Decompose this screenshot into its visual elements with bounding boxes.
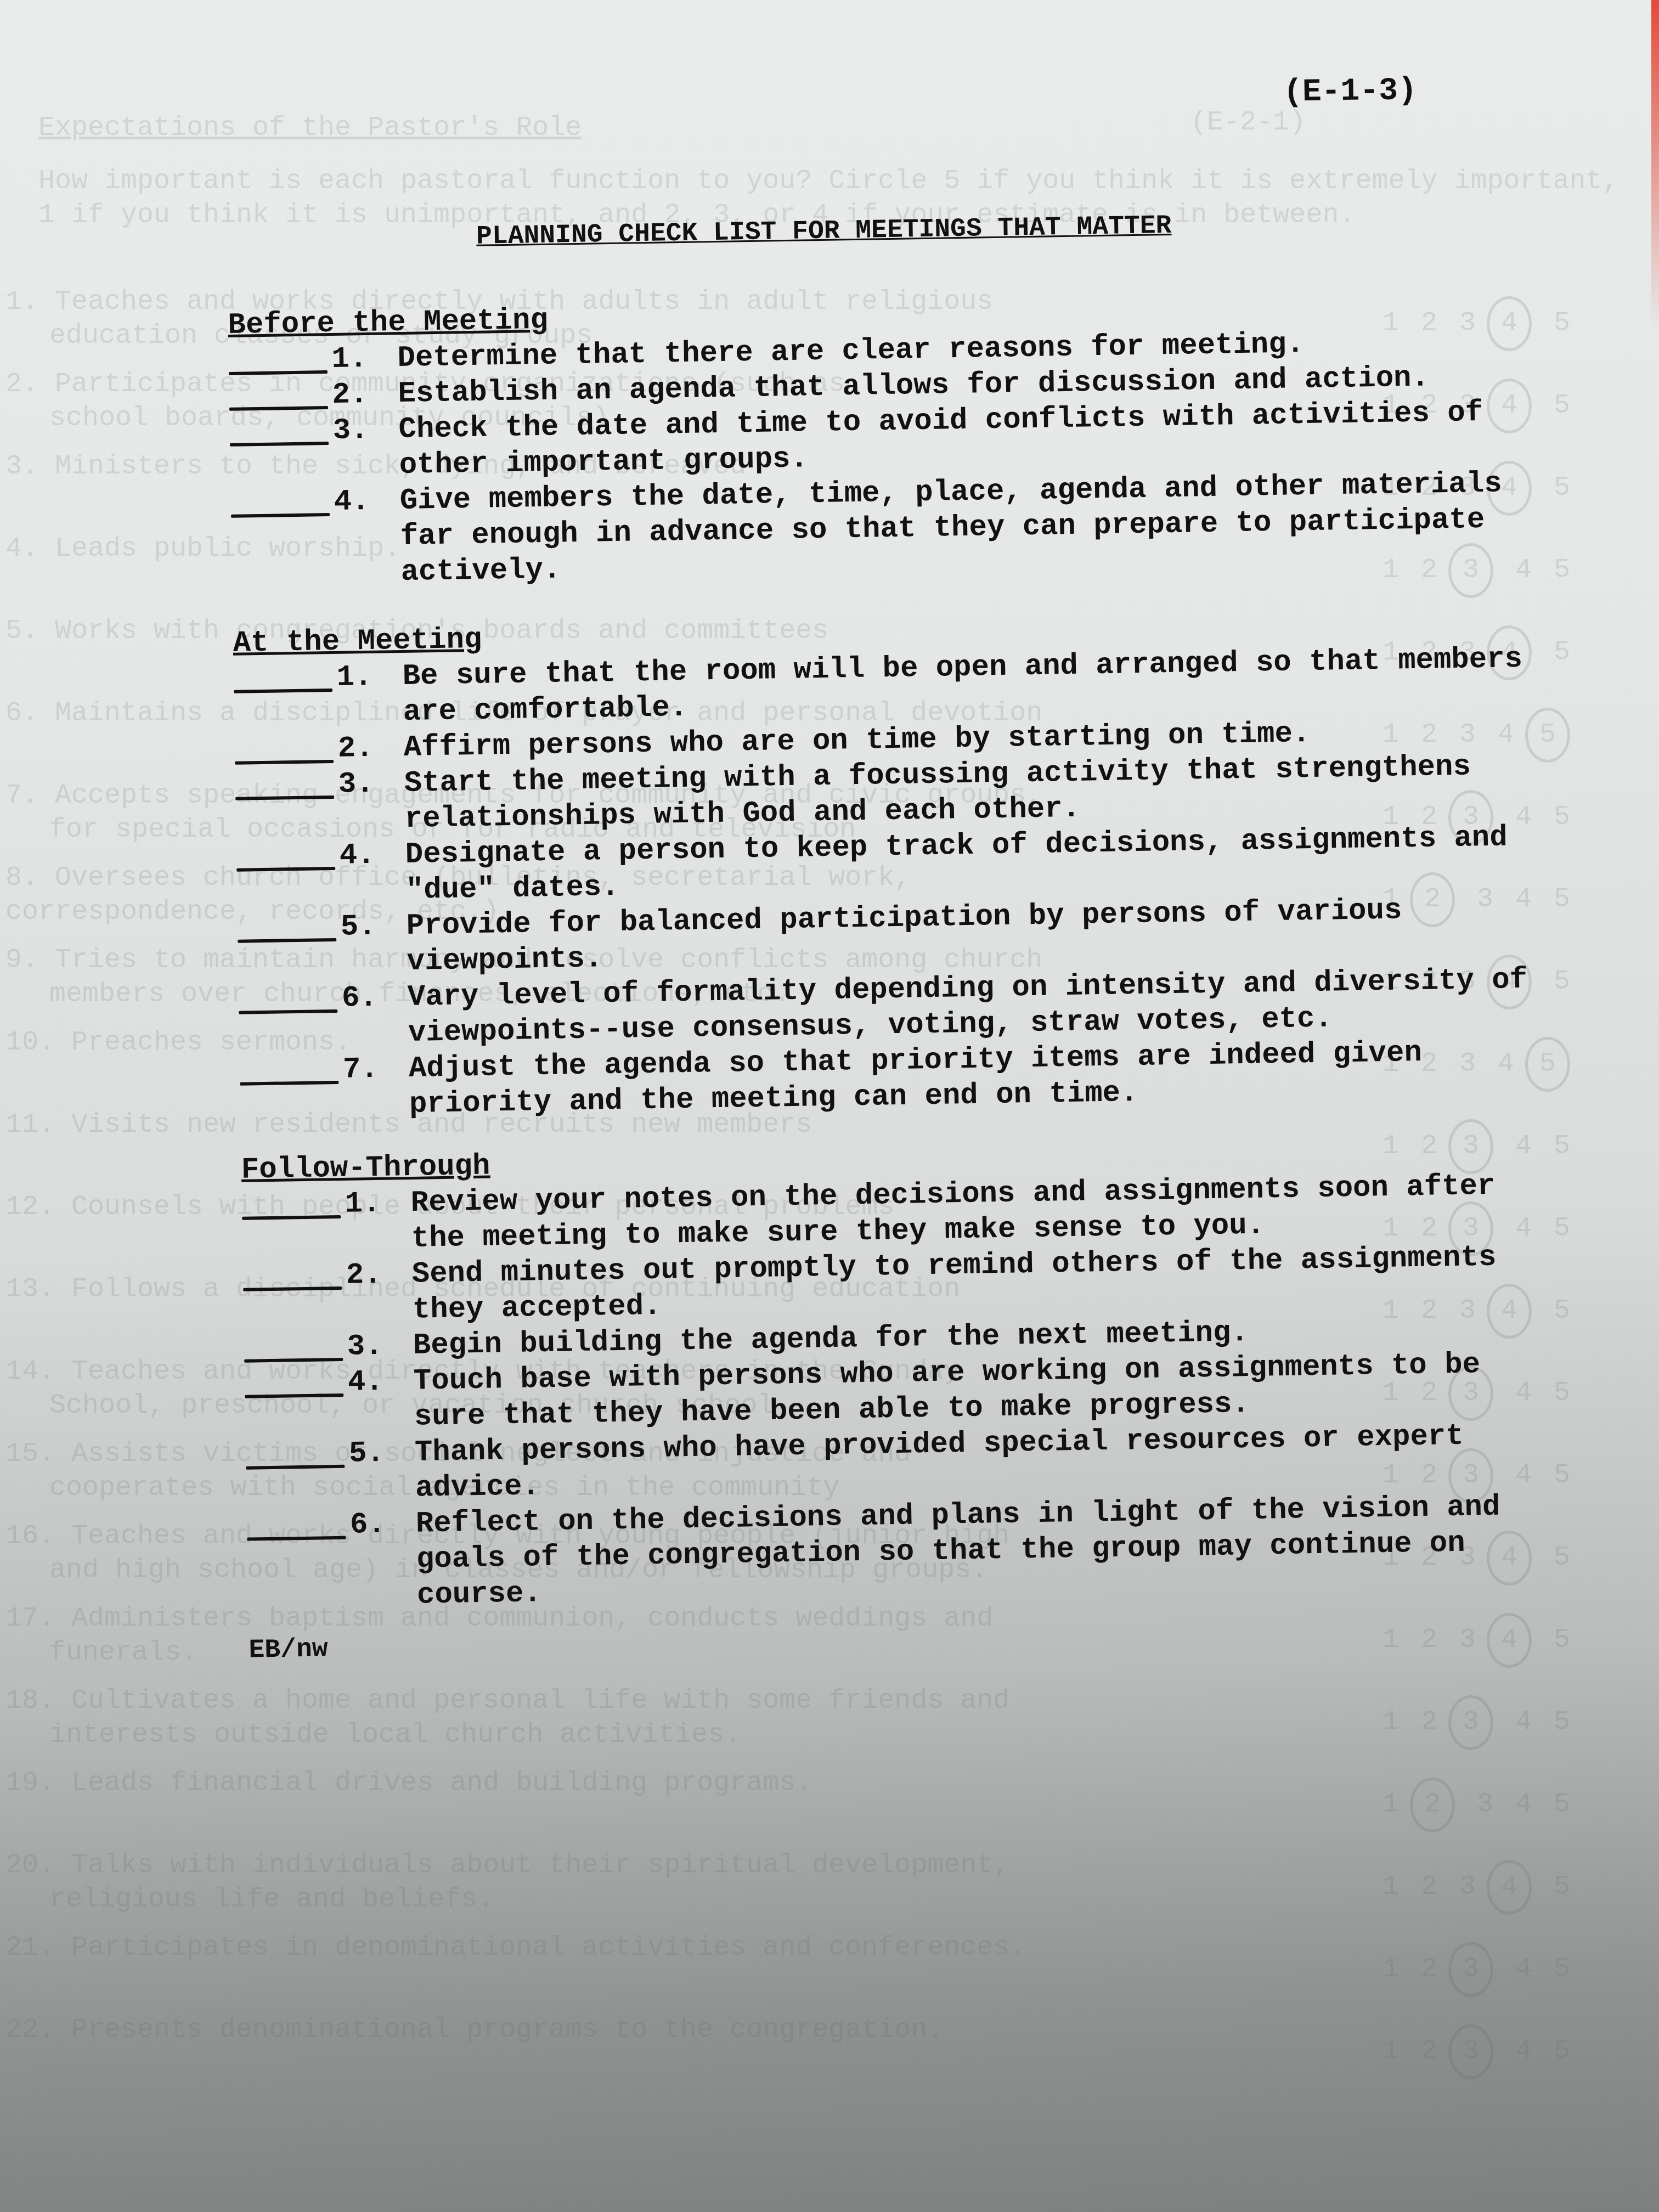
checklist: 1.Be sure that the room will be open and… <box>233 641 1557 1125</box>
item-number: 4. <box>347 1364 414 1401</box>
item-number: 2. <box>337 730 404 767</box>
ghost-item-text: 18. Cultivates a home and personal life … <box>5 1684 1158 1718</box>
ghost-rating-scale: 12345 <box>1383 1695 1592 1750</box>
ghost-item-text: 20. Talks with individuals about their s… <box>5 1849 1158 1883</box>
ghost-item-text: 19. Leads financial drives and building … <box>5 1767 1158 1801</box>
check-blank[interactable] <box>234 689 332 693</box>
check-blank[interactable] <box>229 370 328 375</box>
ghost-code: (E-2-1) <box>1190 107 1306 138</box>
check-blank[interactable] <box>246 1465 345 1470</box>
check-blank[interactable] <box>238 938 336 943</box>
item-number: 6. <box>349 1506 416 1543</box>
item-number: 1. <box>336 659 403 696</box>
checklist: 1.Review your notes on the decisions and… <box>241 1167 1565 1616</box>
check-blank[interactable] <box>230 442 329 447</box>
item-number: 7. <box>342 1051 409 1088</box>
item-number: 3. <box>332 412 399 449</box>
item-number: 1. <box>331 341 398 377</box>
document-page: (E-1-3) PLANNING CHECK LIST FOR MEETINGS… <box>0 0 1646 13</box>
ghost-item: 20. Talks with individuals about their s… <box>5 1849 1158 1917</box>
ghost-item: 22. Presents denominational programs to … <box>5 2013 1158 2047</box>
ghost-rating-scale: 12345 <box>1383 1942 1592 1997</box>
ghost-item-text: 22. Presents denominational programs to … <box>5 2013 1158 2047</box>
check-blank[interactable] <box>229 406 328 411</box>
document-title: PLANNING CHECK LIST FOR MEETINGS THAT MA… <box>476 211 1172 252</box>
check-blank[interactable] <box>244 1358 343 1363</box>
ghost-rating-scale: 12345 <box>1383 1860 1592 1915</box>
item-number: 2. <box>332 376 398 413</box>
item-number: 4. <box>339 837 405 874</box>
ghost-item: 21. Participates in denominational activ… <box>5 1931 1158 1965</box>
ghost-rating-scale: 12345 <box>1383 1613 1592 1668</box>
item-number: 3. <box>347 1328 413 1365</box>
checklist-item: 4.Give members the date, time, place, ag… <box>230 465 1549 593</box>
ghost-item: 18. Cultivates a home and personal life … <box>5 1684 1158 1752</box>
item-text: Give members the date, time, place, agen… <box>399 465 1549 590</box>
document-code: (E-1-3) <box>1283 73 1418 111</box>
ghost-title: Expectations of the Pastor's Role <box>38 112 582 144</box>
ghost-item-subtext: religious life and beliefs. <box>5 1883 1158 1917</box>
section-before-meeting: Before the Meeting 1.Determine that ther… <box>228 287 1549 593</box>
check-blank[interactable] <box>240 1081 338 1086</box>
checklist: 1.Determine that there are clear reasons… <box>228 323 1549 593</box>
ghost-item-subtext: funerals. <box>5 1636 1158 1670</box>
section-follow-through: Follow-Through 1.Review your notes on th… <box>241 1132 1565 1616</box>
item-number: 3. <box>338 766 404 803</box>
check-blank[interactable] <box>245 1393 343 1398</box>
check-blank[interactable] <box>235 760 334 765</box>
checklist-item: 6.Reflect on the decisions and plans in … <box>247 1488 1565 1616</box>
ghost-item-text: 21. Participates in denominational activ… <box>5 1931 1158 1965</box>
item-text: Reflect on the decisions and plans in li… <box>415 1488 1565 1613</box>
item-number: 5. <box>348 1435 415 1472</box>
red-page-edge <box>1651 0 1659 329</box>
ghost-rating-scale: 12345 <box>1383 1778 1592 1832</box>
item-number: 1. <box>345 1186 411 1222</box>
item-number: 6. <box>341 980 408 1017</box>
check-blank[interactable] <box>242 1215 341 1220</box>
check-blank[interactable] <box>243 1286 342 1291</box>
check-blank[interactable] <box>239 1009 337 1014</box>
ghost-item: 17. Administers baptism and communion, c… <box>5 1602 1158 1670</box>
item-number: 2. <box>346 1257 412 1294</box>
item-number: 5. <box>340 909 407 945</box>
ghost-rating-scale: 12345 <box>1383 2024 1592 2079</box>
ghost-item: 19. Leads financial drives and building … <box>5 1767 1158 1801</box>
check-blank[interactable] <box>236 867 335 872</box>
check-blank[interactable] <box>247 1536 346 1541</box>
check-blank[interactable] <box>235 795 334 800</box>
check-blank[interactable] <box>231 513 330 518</box>
section-at-meeting: At the Meeting 1.Be sure that the room w… <box>233 606 1557 1125</box>
typist-initials: EB/nw <box>249 1634 328 1665</box>
ghost-item-subtext: interests outside local church activitie… <box>5 1718 1158 1752</box>
item-number: 4. <box>334 483 400 520</box>
